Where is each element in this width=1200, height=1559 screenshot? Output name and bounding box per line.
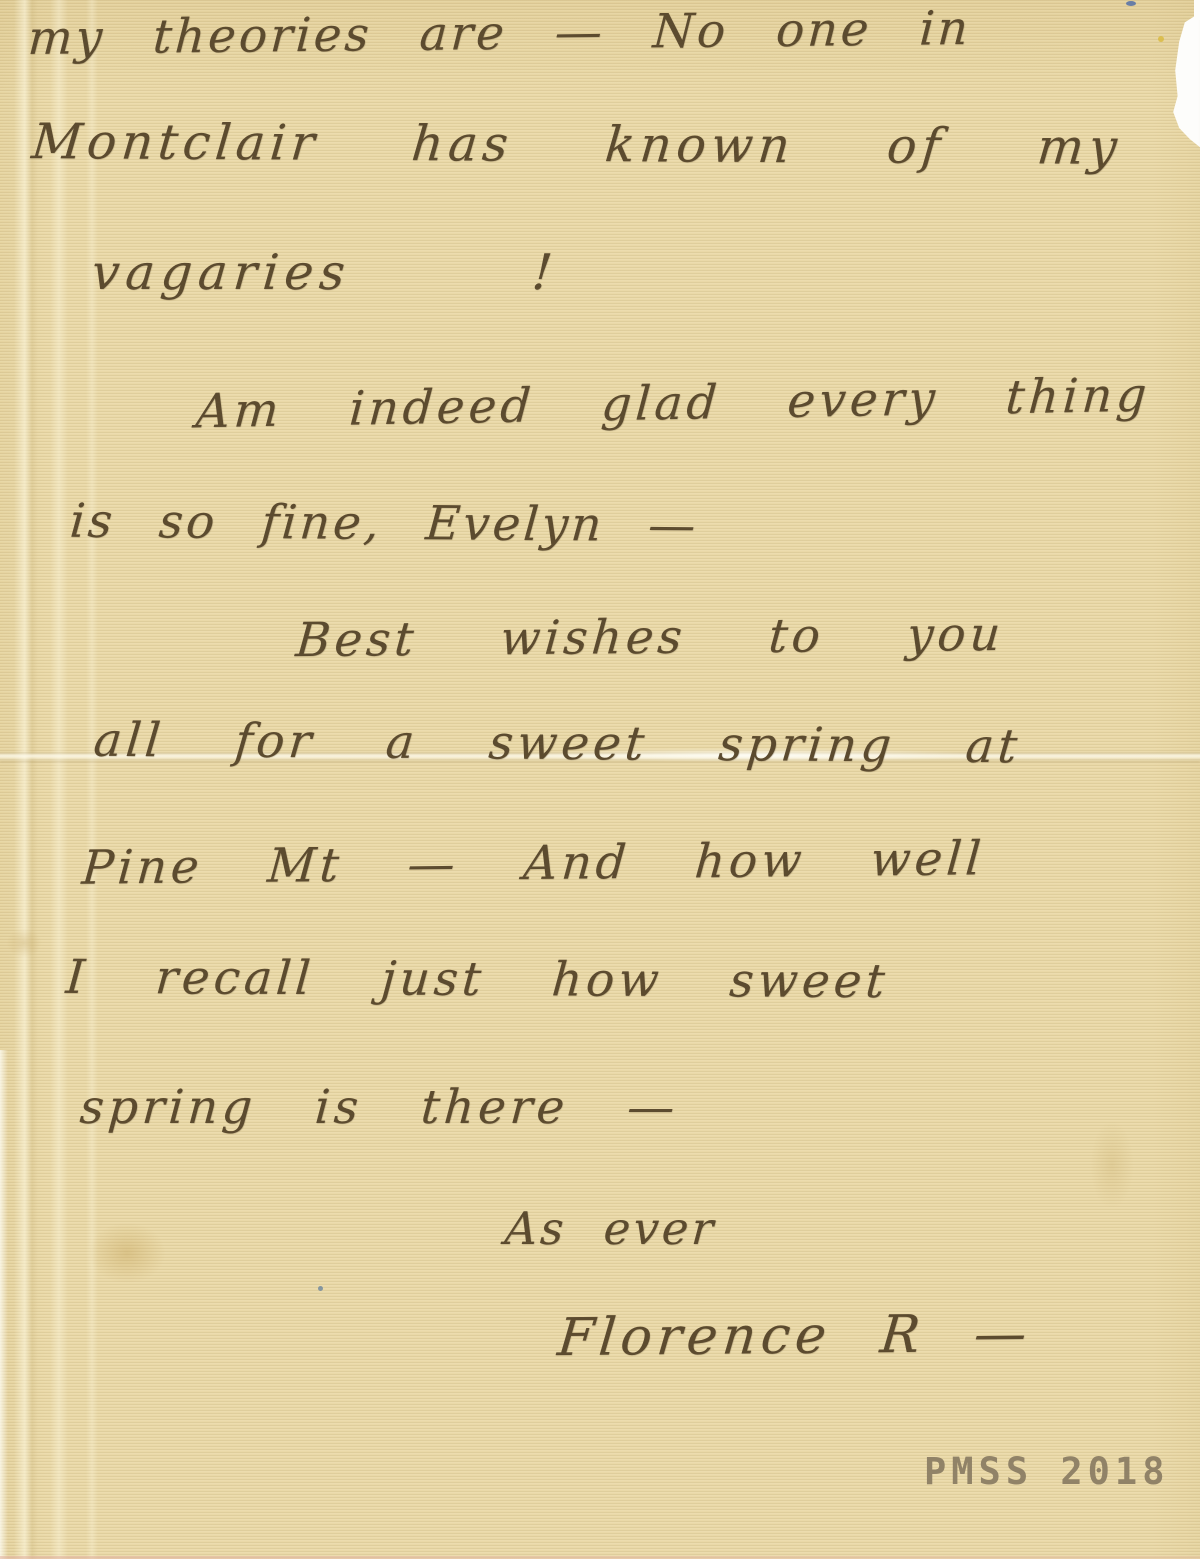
letter-line-10: spring is there — <box>78 1080 680 1135</box>
letter-line-4: Am indeed glad every thing <box>194 368 1152 440</box>
letter-line-11: As ever <box>503 1202 718 1255</box>
letter-line-5: is so fine, Evelyn — <box>68 494 701 553</box>
paper-stain <box>1090 1120 1134 1210</box>
ink-speck <box>318 1286 323 1291</box>
letter-line-2: Montclair has known of my <box>29 113 1124 176</box>
torn-edge-top-right <box>1160 0 1200 160</box>
ink-speck <box>1126 1 1136 6</box>
torn-edge-top-right-sliver <box>1194 0 1200 20</box>
archive-stamp: PMSS 2018 <box>924 1450 1169 1493</box>
letter-line-9: I recall just how sweet <box>64 950 891 1009</box>
letter-line-6: Best wishes to you <box>294 607 1006 668</box>
paper-stain <box>88 1222 166 1284</box>
paper-stain <box>6 928 42 958</box>
letter-signature: Florence R — <box>555 1304 1034 1368</box>
letter-line-8: Pine Mt — And how well <box>80 831 987 895</box>
vertical-fold-line <box>86 0 98 1559</box>
vertical-fold-line <box>50 0 68 1559</box>
letter-line-7: all for a sweet spring at <box>91 713 1023 774</box>
scan-edge-left <box>0 1050 8 1559</box>
vertical-fold-line <box>14 0 38 1559</box>
letter-line-1: my theories are — No one in <box>26 1 972 66</box>
paper-fleck <box>1158 36 1164 42</box>
letter-page: my theories are — No one in Montclair ha… <box>0 0 1200 1559</box>
letter-line-3: vagaries ! <box>90 244 561 301</box>
